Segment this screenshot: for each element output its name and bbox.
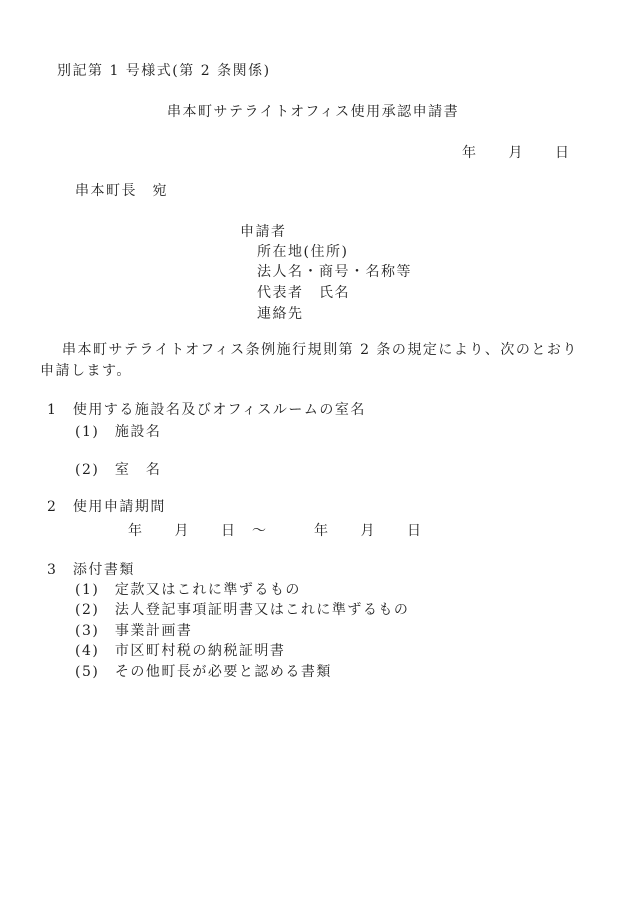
section-attachments-heading: 3 添付書類	[47, 560, 135, 580]
applicant-field-contact: 連絡先	[257, 304, 304, 324]
attachment-item-other: (5) その他町長が必要と認める書類	[75, 662, 332, 682]
section-facility-heading: 1 使用する施設名及びオフィスルームの室名	[47, 400, 366, 420]
form-number: 別記第 1 号様式(第 2 条関係)	[57, 61, 271, 81]
attachment-item-registration: (2) 法人登記事項証明書又はこれに準ずるもの	[75, 600, 409, 620]
attachment-item-articles: (1) 定款又はこれに準ずるもの	[75, 580, 301, 600]
attachment-item-tax-certificate: (4) 市区町村税の納税証明書	[75, 641, 285, 661]
section-period-heading: 2 使用申請期間	[47, 497, 166, 517]
attachment-item-business-plan: (3) 事業計画書	[75, 621, 192, 641]
body-paragraph-line2: 申請します。	[40, 361, 132, 381]
period-date-range: 年 月 日 ～ 年 月 日	[128, 521, 423, 541]
date-line: 年 月 日	[462, 143, 571, 163]
applicant-field-address: 所在地(住所)	[257, 242, 348, 262]
facility-item-name: (1) 施設名	[75, 422, 161, 442]
applicant-label: 申請者	[240, 222, 287, 242]
facility-item-room: (2) 室 名	[75, 460, 161, 480]
body-paragraph-line1: 串本町サテライトオフィス条例施行規則第 2 条の規定により、次のとおり	[40, 340, 578, 360]
addressee: 串本町長 宛	[75, 181, 168, 201]
applicant-field-representative: 代表者 氏名	[257, 283, 350, 303]
applicant-field-corporate-name: 法人名・商号・名称等	[257, 262, 412, 282]
document-title: 串本町サテライトオフィス使用承認申請書	[167, 102, 459, 122]
application-form-page: 別記第 1 号様式(第 2 条関係) 串本町サテライトオフィス使用承認申請書 年…	[0, 0, 630, 903]
